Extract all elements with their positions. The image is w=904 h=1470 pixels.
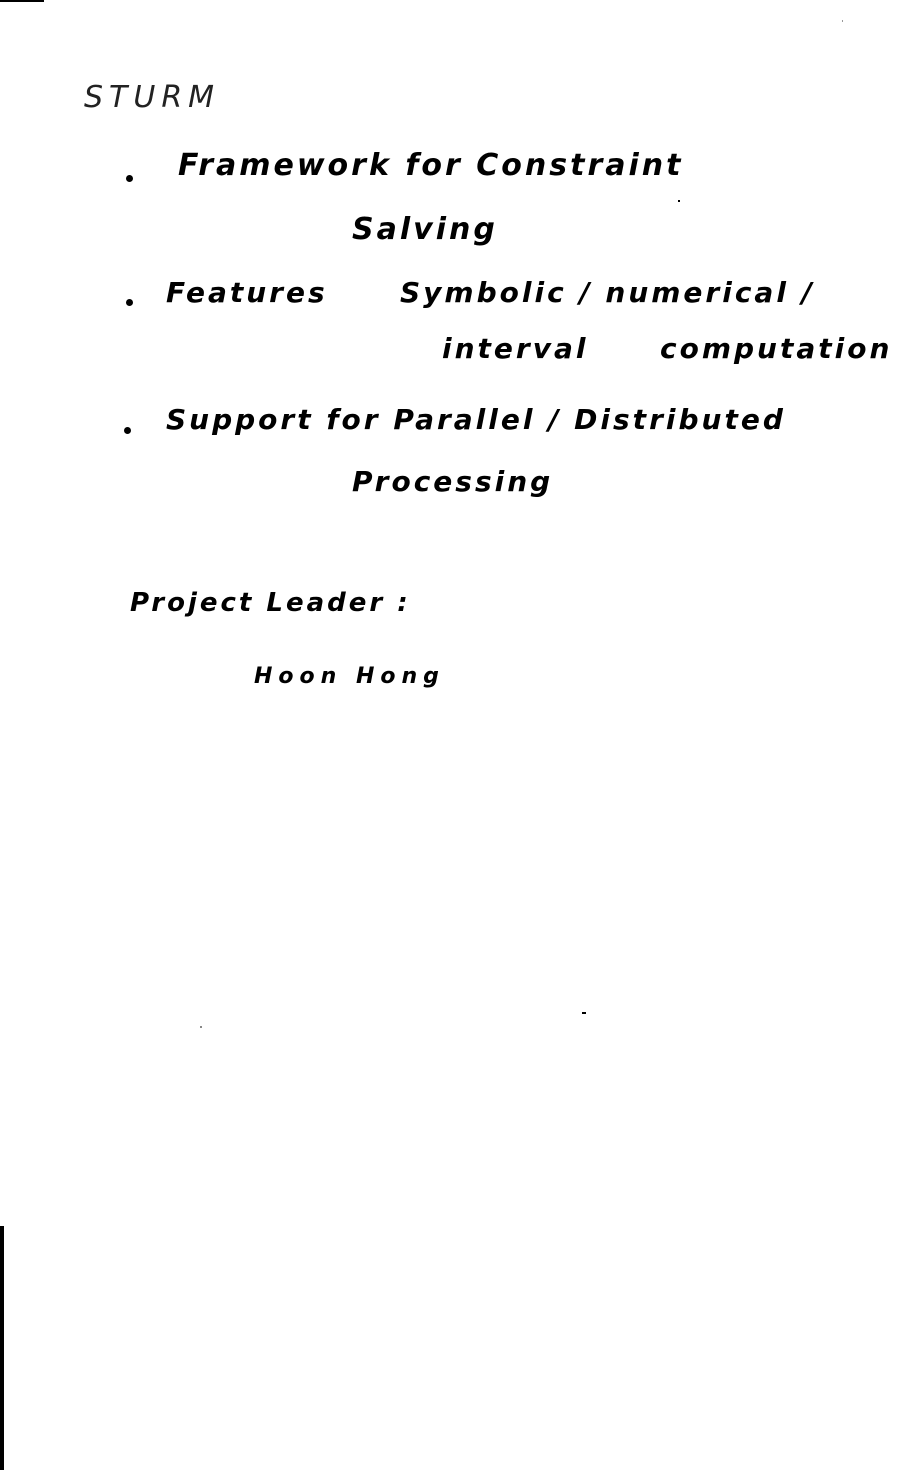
- scan-speck: [582, 1012, 586, 1014]
- project-leader-name: Hoon Hong: [254, 664, 445, 689]
- bullet-dot-icon: [126, 175, 133, 182]
- scan-edge-artifact-left: [0, 1226, 4, 1470]
- page-title: STURM: [84, 80, 220, 115]
- scan-speck: [678, 200, 680, 202]
- bullet-dot-icon: [124, 427, 131, 434]
- bullet-2-label: Features: [166, 276, 328, 309]
- scan-edge-artifact-top: [0, 0, 44, 2]
- bullet-2-line-2b: computation: [660, 332, 892, 365]
- bullet-3-line-1: Support for Parallel / Distributed: [166, 403, 786, 436]
- bullet-1-line-2: Salving: [352, 212, 498, 247]
- bullet-2-line-2a: interval: [442, 332, 588, 365]
- bullet-1-line-1: Framework for Constraint: [178, 148, 683, 183]
- project-leader-label: Project Leader :: [130, 588, 411, 618]
- scan-speck: [842, 20, 843, 22]
- bullet-dot-icon: [126, 299, 133, 306]
- scan-speck: [200, 1026, 202, 1028]
- bullet-3-line-2: Processing: [352, 465, 553, 498]
- scanned-page: STURM Framework for Constraint Salving F…: [0, 0, 904, 1470]
- bullet-2-line-1: Symbolic / numerical /: [400, 276, 815, 309]
